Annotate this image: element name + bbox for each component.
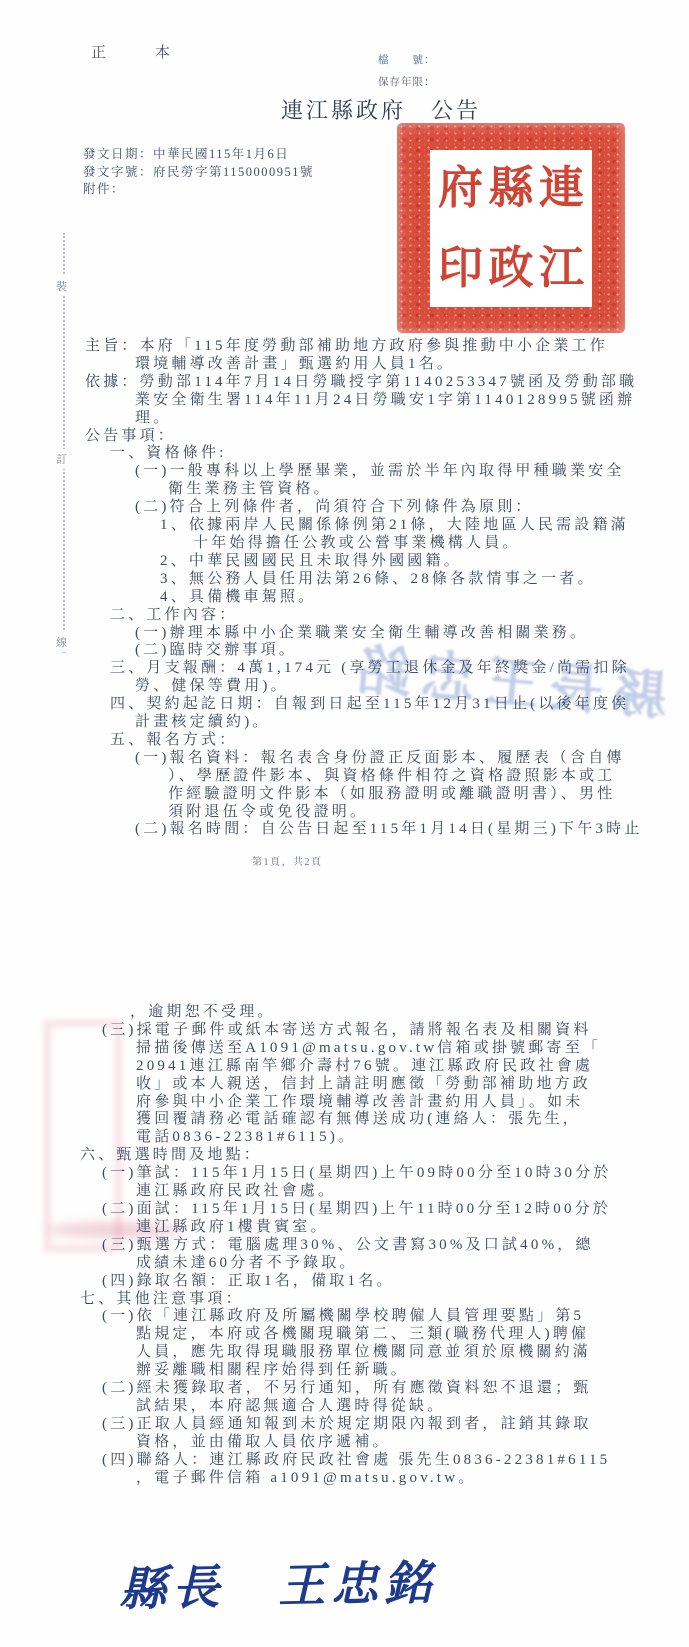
document-line: (三)甄選方式：電腦處理30%、公文書寫30%及口試40%，總 — [0, 1237, 689, 1255]
page1-body-text: 主旨：本府「115年度勞動部補助地方政府參與推動中小企業工作環境輔導改善計畫」甄… — [0, 338, 689, 839]
document-line: 收」或本人親送，信封上請註明應徵「勞動部補助地方政 — [0, 1076, 689, 1094]
document-line: 業安全衛生署114年11月24日勞職安1字第1140128995號函辦 — [0, 392, 689, 410]
document-line: 六、甄選時間及地點： — [0, 1147, 689, 1165]
document-line: 成績未達60分者不予錄取。 — [0, 1255, 689, 1273]
document-line: 依據：勞動部114年7月14日勞職授字第1140253347號函及勞動部職 — [0, 374, 689, 392]
document-line: 資格，並由備取人員依序遞補。 — [0, 1434, 689, 1452]
document-line: (一)一般專科以上學歷畢業，並需於半年內取得甲種職業安全 — [0, 463, 689, 481]
file-reference-block: 檔 號： 保存年限： — [378, 50, 436, 94]
seal-column: 府印 — [438, 155, 483, 302]
seal-column: 連江 — [539, 155, 584, 302]
official-red-seal: 連江縣政府印 — [397, 123, 625, 333]
binding-mark-1: 裝 — [55, 276, 68, 296]
seal-character: 印 — [438, 235, 483, 302]
document-line: (二)符合上列條件者，尚須符合下列條件為原則： — [0, 499, 689, 517]
issue-date-line: 發文日期：中華民國115年1月6日 — [83, 146, 314, 164]
issue-number-line: 發文字號：府民勞字第1150000951號 — [83, 164, 314, 182]
copy-type-label: 正 本 — [91, 41, 187, 62]
seal-character: 政 — [488, 235, 533, 302]
document-line: 五、報名方式： — [0, 732, 689, 750]
document-line: (三)正取人員經通知報到未於規定期限內報到者，註銷其錄取 — [0, 1416, 689, 1434]
official-announcement-document: 正 本 檔 號： 保存年限： 連江縣政府 公告 發文日期：中華民國115年1月6… — [0, 0, 689, 1647]
document-line: 掃描後傳送至A1091@matsu.gov.tw信箱或掛號郵寄至「 — [0, 1040, 689, 1058]
retention-period-label: 保存年限： — [378, 72, 436, 94]
document-line: (二)報名時間：自公告日起至115年1月14日(星期三)下午3時止 — [0, 821, 689, 839]
document-line: (三)採電子郵件或紙本寄送方式報名，請將報名表及相關資料 — [0, 1022, 689, 1040]
document-line: 20941連江縣南竿鄉介壽村76號。連江縣政府民政社會處 — [0, 1058, 689, 1076]
seal-character: 江 — [539, 235, 584, 302]
attachment-line: 附件： — [83, 181, 314, 199]
document-line: 四、契約起訖日期：自報到日起至115年12月31日止(以後年度俟 — [0, 696, 689, 714]
document-line: 點規定，本府或各機關現職第二、三類(職務代理人)聘僱 — [0, 1326, 689, 1344]
document-line: 2、中華民國國民且未取得外國國籍。 — [0, 553, 689, 571]
document-line: ，電子郵件信箱 a1091@matsu.gov.tw。 — [0, 1470, 689, 1488]
document-line: 理。 — [0, 410, 689, 428]
seal-column: 縣政 — [488, 155, 533, 302]
document-line: 一、資格條件: — [0, 445, 689, 463]
seal-character: 府 — [438, 155, 483, 222]
file-number-label: 檔 號： — [378, 50, 436, 72]
document-line: (四)聯絡人：連江縣政府民政社會處 張先生0836-22381#6115 — [0, 1452, 689, 1470]
page-number-footer: 第1頁，共2頁 — [252, 853, 323, 868]
document-line: 人員，應先取得現職服務單位機關同意並須於原機關約滿 — [0, 1344, 689, 1362]
document-line: 獲回覆請務必電話確認有無傳送成功(連絡人：張先生， — [0, 1111, 689, 1129]
document-line: 4、具備機車駕照。 — [0, 589, 689, 607]
document-line: 電話0836-22381#6115)。 — [0, 1129, 689, 1147]
seal-character: 縣 — [488, 155, 533, 222]
document-line: (二)經未獲錄取者，不另行通知，所有應徵資料恕不退還；甄 — [0, 1380, 689, 1398]
document-line: 辦妥離職相關程序始得到任新職。 — [0, 1362, 689, 1380]
document-line: 須附退伍令或免役證明。 — [0, 804, 689, 822]
document-line: (四)錄取名額：正取1名，備取1名。 — [0, 1273, 689, 1291]
document-line: ，逾期恕不受理。 — [0, 1004, 689, 1022]
document-line: 作經驗證明文件影本（如服務證明或離職證明書）、男性 — [0, 786, 689, 804]
document-line: 試結果，本府認無適合人選時得從缺。 — [0, 1398, 689, 1416]
document-title: 連江縣政府 公告 — [281, 94, 481, 125]
document-line: 計畫核定續約)。 — [0, 714, 689, 732]
document-line: (一)筆試：115年1月15日(星期四)上午09時00分至10時30分於 — [0, 1165, 689, 1183]
document-line: 府參與中小企業工作環境輔導改善計畫約用人員」。如未 — [0, 1094, 689, 1112]
magistrate-signature: 縣長 王忠銘 — [118, 1546, 437, 1620]
document-line: 3、無公務人員任用法第26條、28條各款情事之一者。 — [0, 571, 689, 589]
document-line: (一)辦理本縣中小企業職業安全衛生輔導改善相關業務。 — [0, 625, 689, 643]
document-line: (一)報名資料：報名表含身份證正反面影本、履歷表（含自傳 — [0, 750, 689, 768]
document-line: 1、依據兩岸人民關係條例第21條，大陸地區人民需設籍滿 — [0, 517, 689, 535]
document-line: 十年始得擔任公教或公營事業機構人員。 — [0, 535, 689, 553]
document-line: 三、月支報酬：4萬1,174元 (享勞工退休金及年終獎金/尚需扣除 — [0, 660, 689, 678]
document-line: (二)面試：115年1月15日(星期四)上午11時00分至12時00分於 — [0, 1201, 689, 1219]
seal-characters: 連江縣政府印 — [430, 150, 592, 307]
document-line: ）、學歷證件影本、與資格條件相符之資格證照影本或工 — [0, 768, 689, 786]
document-line: 環境輔導改善計畫」甄選約用人員1名。 — [0, 356, 689, 374]
document-line: 二、工作內容： — [0, 607, 689, 625]
document-line: 主旨：本府「115年度勞動部補助地方政府參與推動中小企業工作 — [0, 338, 689, 356]
document-line: 連江縣政府1樓貴賓室。 — [0, 1219, 689, 1237]
document-line: 勞、健保等費用)。 — [0, 678, 689, 696]
document-line: (二)臨時交辦事項。 — [0, 642, 689, 660]
document-line: 七、其他注意事項： — [0, 1291, 689, 1309]
document-line: 連江縣政府民政社會處。 — [0, 1183, 689, 1201]
document-line: 衛生業務主管資格。 — [0, 481, 689, 499]
seal-character: 連 — [539, 155, 584, 222]
page2-body-text: ，逾期恕不受理。(三)採電子郵件或紙本寄送方式報名，請將報名表及相關資料掃描後傳… — [0, 1004, 689, 1487]
document-meta: 發文日期：中華民國115年1月6日 發文字號：府民勞字第1150000951號 … — [83, 146, 314, 199]
document-line: (一)依「連江縣政府及所屬機關學校聘僱人員管理要點」第5 — [0, 1308, 689, 1326]
document-line: 公告事項： — [0, 428, 689, 446]
